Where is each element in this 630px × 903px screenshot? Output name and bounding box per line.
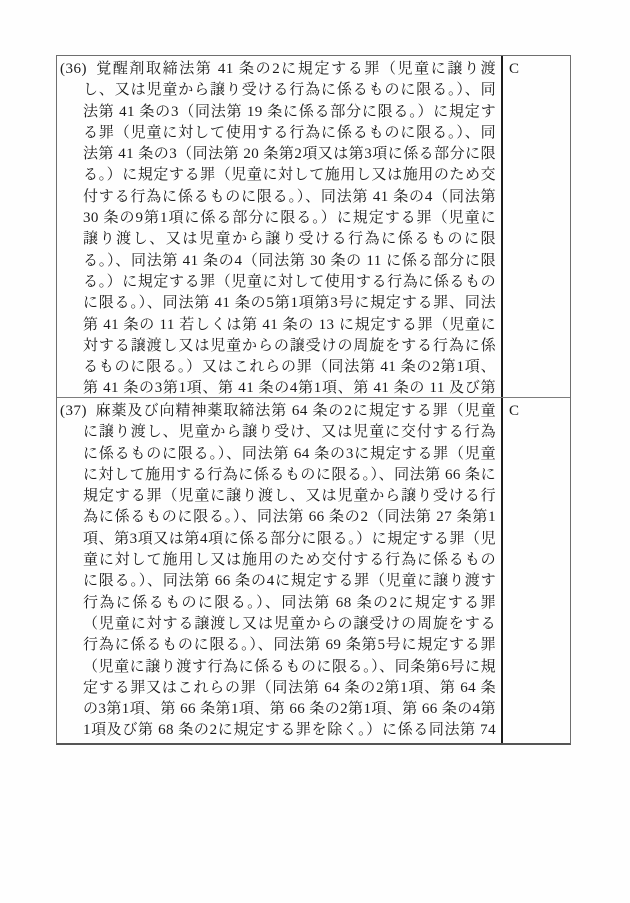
table-row: (37)麻薬及び向精神薬取締法第 64 条の2に規定する罪（児童に譲り渡し、児童…	[57, 397, 570, 743]
table-row: (36)覚醒剤取締法第 41 条の2に規定する罪（児童に譲り渡し、又は児童から譲…	[57, 56, 570, 397]
item-number: (36)	[60, 61, 87, 77]
offense-description-cell: (36)覚醒剤取締法第 41 条の2に規定する罪（児童に譲り渡し、又は児童から譲…	[57, 56, 501, 397]
item-number: (37)	[60, 403, 87, 419]
category-value: C	[509, 61, 519, 77]
offense-text: 麻薬及び向精神薬取締法第 64 条の2に規定する罪（児童に譲り渡し、児童から譲り…	[83, 403, 496, 743]
offense-classification-table: (36)覚醒剤取締法第 41 条の2に規定する罪（児童に譲り渡し、又は児童から譲…	[56, 55, 571, 745]
offense-description-cell: (37)麻薬及び向精神薬取締法第 64 条の2に規定する罪（児童に譲り渡し、児童…	[57, 398, 501, 743]
offense-text: 覚醒剤取締法第 41 条の2に規定する罪（児童に譲り渡し、又は児童から譲り受ける…	[83, 61, 496, 397]
category-cell: C	[501, 398, 570, 743]
category-cell: C	[501, 56, 570, 397]
document-page: (36)覚醒剤取締法第 41 条の2に規定する罪（児童に譲り渡し、又は児童から譲…	[0, 0, 630, 903]
category-value: C	[509, 403, 519, 419]
